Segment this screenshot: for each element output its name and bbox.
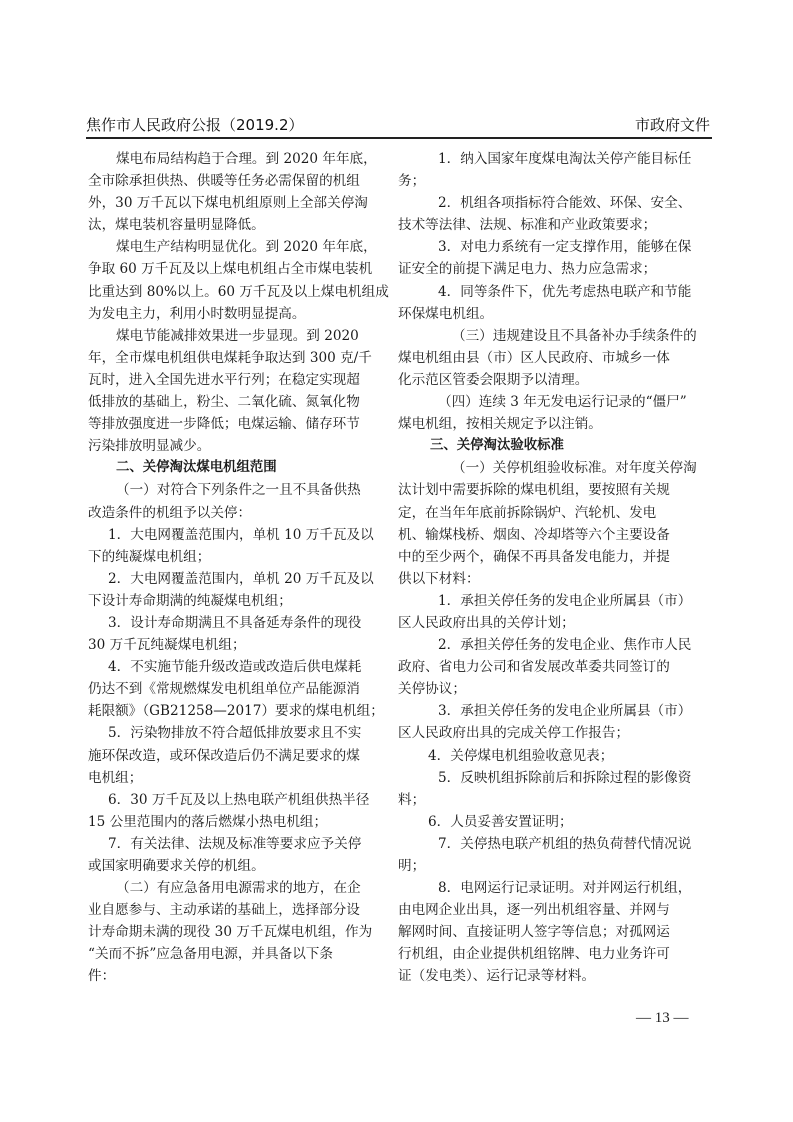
text-line: 解网时间、直接证明人签字等信息；对孤网运 (398, 921, 710, 943)
text-line: 4．同等条件下，优先考虑热电联产和节能 (398, 281, 710, 303)
text-line: 改造条件的机组予以关停： (88, 502, 388, 524)
text-line: （一）关停机组验收标准。对年度关停淘 (398, 457, 710, 479)
text-line: 供以下材料： (398, 568, 710, 590)
text-line: 由电网企业出具，逐一列出机组容量、并网与 (398, 899, 710, 921)
text-line: 年，全市煤电机组供电煤耗争取达到 300 克/千 (88, 347, 388, 369)
left-column: 煤电布局结构趋于合理。到 2020 年年底，全市除承担供热、供暖等任务必需保留的… (88, 148, 388, 988)
text-line: 汰，煤电装机容量明显降低。 (88, 214, 388, 236)
text-line: 比重达到 80%以上。60 万千瓦及以上煤电机组成 (88, 281, 388, 303)
text-line: 明； (398, 855, 710, 877)
running-header: 焦作市人民政府公报（2019.2） 市政府文件 (86, 114, 710, 136)
text-line: 低排放的基础上，粉尘、二氧化硫、氮氧化物 (88, 391, 388, 413)
text-line: 证（发电类）、运行记录等材料。 (398, 965, 710, 987)
publication-title: 焦作市人民政府公报（2019.2） (86, 114, 304, 135)
text-line: 下的纯凝煤电机组； (88, 546, 388, 568)
section-heading: 二、关停淘汰煤电机组范围 (88, 457, 388, 479)
text-line: 业自愿参与、主动承诺的基础上，选择部分设 (88, 899, 388, 921)
right-column: 1．纳入国家年度煤电淘汰关停产能目标任务；2．机组各项指标符合能效、环保、安全、… (398, 148, 710, 988)
text-line: 为发电主力，利用小时数明显提高。 (88, 303, 388, 325)
text-line: （二）有应急备用电源需求的地方，在企 (88, 877, 388, 899)
text-line: 瓦时，进入全国先进水平行列；在稳定实现超 (88, 369, 388, 391)
text-line: 下设计寿命期满的纯凝煤电机组； (88, 590, 388, 612)
text-line: 15 公里范围内的落后燃煤小热电机组； (88, 811, 388, 833)
text-line: 技术等法律、法规、标准和产业政策要求； (398, 214, 710, 236)
text-line: 定，在当年年底前拆除锅炉、汽轮机、发电 (398, 502, 710, 524)
text-line: 3．设计寿命期满且不具备延寿条件的现役 (88, 612, 388, 634)
text-line: 等排放强度进一步降低；电煤运输、储存环节 (88, 413, 388, 435)
text-line: 煤电生产结构明显优化。到 2020 年年底， (88, 236, 388, 258)
text-line: 证安全的前提下满足电力、热力应急需求； (398, 258, 710, 280)
text-line: 中的至少两个，确保不再具备发电能力，并提 (398, 546, 710, 568)
text-line: （三）违规建设且不具备补办手续条件的 (398, 325, 710, 347)
text-line: 全市除承担供热、供暖等任务必需保留的机组 (88, 170, 388, 192)
text-line: 或国家明确要求关停的机组。 (88, 855, 388, 877)
text-line: （一）对符合下列条件之一且不具备供热 (88, 479, 388, 501)
text-line: 外，30 万千瓦以下煤电机组原则上全部关停淘 (88, 192, 388, 214)
text-line: 5．污染物排放不符合超低排放要求且不实 (88, 722, 388, 744)
text-line: 1．承担关停任务的发电企业所属县（市） (398, 590, 710, 612)
text-line: 机、输煤栈桥、烟囱、冷却塔等六个主要设备 (398, 524, 710, 546)
text-line: 2．机组各项指标符合能效、环保、安全、 (398, 192, 710, 214)
text-line: “关而不拆”应急备用电源，并具备以下条 (88, 943, 388, 965)
text-line: 料； (398, 789, 710, 811)
text-line: 煤电机组由县（市）区人民政府、市城乡一体 (398, 347, 710, 369)
text-line: 汰计划中需要拆除的煤电机组，要按照有关规 (398, 479, 710, 501)
text-line: 4．关停煤电机组验收意见表； (398, 745, 710, 767)
text-line: 施环保改造，或环保改造后仍不满足要求的煤 (88, 745, 388, 767)
text-line: 1．纳入国家年度煤电淘汰关停产能目标任 (398, 148, 710, 170)
text-line: 3．承担关停任务的发电企业所属县（市） (398, 700, 710, 722)
text-line: 政府、省电力公司和省发展改革委共同签订的 (398, 656, 710, 678)
text-line: 区人民政府出具的关停计划； (398, 612, 710, 634)
text-line: 争取 60 万千瓦及以上煤电机组占全市煤电装机 (88, 258, 388, 280)
text-line: 耗限额》（GB21258—2017）要求的煤电机组； (88, 700, 388, 722)
text-line: 电机组； (88, 767, 388, 789)
text-line: 务； (398, 170, 710, 192)
text-line: 计寿命期未满的现役 30 万千瓦煤电机组，作为 (88, 921, 388, 943)
text-line: 煤电布局结构趋于合理。到 2020 年年底， (88, 148, 388, 170)
text-line: 7．关停热电联产机组的热负荷替代情况说 (398, 833, 710, 855)
text-line: 2．大电网覆盖范围内，单机 20 万千瓦及以 (88, 568, 388, 590)
text-line: 煤电节能减排效果进一步显现。到 2020 (88, 325, 388, 347)
text-line: 3．对电力系统有一定支撑作用，能够在保 (398, 236, 710, 258)
text-line: 1．大电网覆盖范围内，单机 10 万千瓦及以 (88, 524, 388, 546)
text-line: 2．承担关停任务的发电企业、焦作市人民 (398, 634, 710, 656)
text-line: 污染排放明显减少。 (88, 435, 388, 457)
page-number: — 13 — (636, 1010, 689, 1027)
text-line: 行机组，由企业提供机组铭牌、电力业务许可 (398, 943, 710, 965)
text-line: 件： (88, 965, 388, 987)
text-line: 30 万千瓦纯凝煤电机组； (88, 634, 388, 656)
section-heading: 三、关停淘汰验收标准 (398, 435, 710, 457)
text-line: 6．人员妥善安置证明； (398, 811, 710, 833)
text-line: 环保煤电机组。 (398, 303, 710, 325)
text-line: （四）连续 3 年无发电运行记录的“僵尸” (398, 391, 710, 413)
header-rule (86, 137, 712, 139)
text-line: 煤电机组，按相关规定予以注销。 (398, 413, 710, 435)
text-line: 7．有关法律、法规及标准等要求应予关停 (88, 833, 388, 855)
text-line: 关停协议； (398, 678, 710, 700)
section-label: 市政府文件 (635, 114, 710, 135)
text-line: 区人民政府出具的完成关停工作报告； (398, 722, 710, 744)
text-line: 6．30 万千瓦及以上热电联产机组供热半径 (88, 789, 388, 811)
text-line: 化示范区管委会限期予以清理。 (398, 369, 710, 391)
text-line: 仍达不到《常规燃煤发电机组单位产品能源消 (88, 678, 388, 700)
text-line: 8．电网运行记录证明。对并网运行机组， (398, 877, 710, 899)
text-line: 4．不实施节能升级改造或改造后供电煤耗 (88, 656, 388, 678)
text-line: 5．反映机组拆除前后和拆除过程的影像资 (398, 767, 710, 789)
